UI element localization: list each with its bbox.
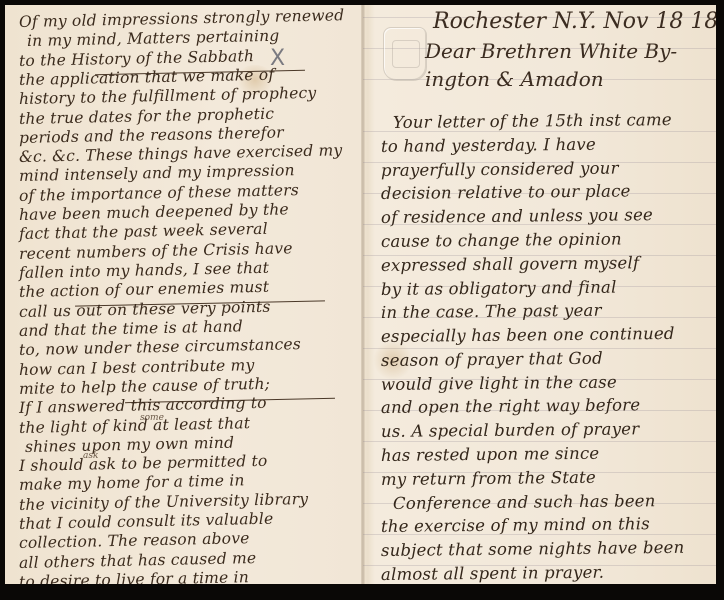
letter-line: in the case. The past year xyxy=(381,301,602,322)
letter-line: season of prayer that God xyxy=(381,349,603,370)
letter-line: Of my old impressions strongly renewed xyxy=(19,6,345,31)
letter-line: has rested upon me since xyxy=(381,444,600,465)
letter-line: would give light in the case xyxy=(381,372,617,393)
letter-line: and open the right way before xyxy=(381,396,640,418)
letter-line: prayerfully considered your xyxy=(381,158,619,179)
letter-line: cause to change the opinion xyxy=(381,229,622,251)
letter-line: the exercise of my mind on this xyxy=(381,515,650,537)
embossed-seal-icon xyxy=(383,27,427,81)
letter-line: of residence and unless you see xyxy=(381,205,653,227)
letter-line: decision relative to our place xyxy=(381,182,631,204)
letter-line: especially has been one continued xyxy=(381,324,675,346)
letter-line: Your letter of the 15th inst came xyxy=(393,110,672,132)
letter-line: subject that some nights have been xyxy=(381,538,685,560)
left-page: Of my old impressions strongly renewed i… xyxy=(5,5,363,584)
salutation-line-2: ington & Amadon xyxy=(425,67,604,91)
salutation-line-1: Dear Brethren White By- xyxy=(425,39,677,63)
letter-line: expressed shall govern myself xyxy=(381,253,639,275)
letter-line: almost all spent in prayer. xyxy=(381,563,604,584)
letter-line: my return from the State xyxy=(381,468,596,489)
dateline: Rochester N.Y. Nov 18 1864 xyxy=(433,9,716,34)
letter-line: to hand yesterday. I have xyxy=(381,135,596,156)
letter-sheet: Of my old impressions strongly renewed i… xyxy=(5,5,716,584)
right-page: Rochester N.Y. Nov 18 1864 Dear Brethren… xyxy=(363,5,716,584)
letter-line: Conference and such has been xyxy=(393,491,656,513)
letter-line: us. A special burden of prayer xyxy=(381,420,639,442)
letter-line: by it as obligatory and final xyxy=(381,277,617,298)
